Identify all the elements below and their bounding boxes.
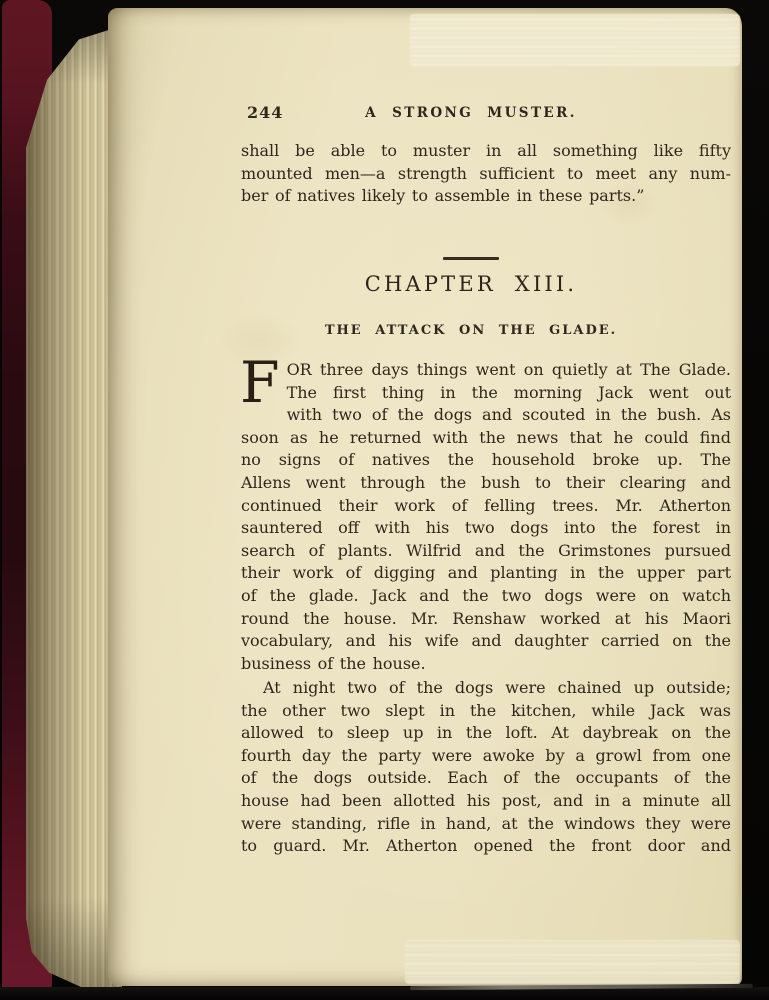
text-line: shall be able to muster in all something… bbox=[241, 140, 731, 163]
text-line: round the house. Mr. Renshaw worked at h… bbox=[241, 608, 731, 631]
text-line: allowed to sleep up in the loft. At dayb… bbox=[241, 722, 731, 745]
text-line: house had been allotted his post, and in… bbox=[241, 790, 731, 813]
table-shadow-bar bbox=[0, 987, 769, 1000]
text-line: business of the house. bbox=[241, 653, 731, 676]
text-line: mounted men—a strength sufficient to mee… bbox=[241, 163, 731, 186]
page-content: 244 A STRONG MUSTER. shall be able to mu… bbox=[241, 8, 731, 986]
book-page: 244 A STRONG MUSTER. shall be able to mu… bbox=[108, 8, 742, 986]
text-line: sauntered off with his two dogs into the… bbox=[241, 517, 731, 540]
text-line: vocabulary, and his wife and daughter ca… bbox=[241, 630, 731, 653]
text-line: search of plants. Wilfrid and the Grimst… bbox=[241, 540, 731, 563]
second-paragraph: At night two of the dogs were chained up… bbox=[241, 677, 731, 858]
text-line: The first thing in the morning Jack went… bbox=[241, 382, 731, 405]
text-line: their work of digging and planting in th… bbox=[241, 562, 731, 585]
running-header: A STRONG MUSTER. bbox=[241, 105, 701, 121]
text-line: fourth day the party were awoke by a gro… bbox=[241, 745, 731, 768]
text-line: of the glade. Jack and the two dogs were… bbox=[241, 585, 731, 608]
text-line: OR three days things went on quietly at … bbox=[241, 359, 731, 382]
text-line: Allens went through the bush to their cl… bbox=[241, 472, 731, 495]
divider-rule bbox=[443, 257, 499, 260]
text-line: At night two of the dogs were chained up… bbox=[241, 677, 731, 700]
text-line: to guard. Mr. Atherton opened the front … bbox=[241, 835, 731, 858]
text-line: soon as he returned with the news that h… bbox=[241, 427, 731, 450]
page-header: 244 A STRONG MUSTER. bbox=[241, 103, 731, 123]
text-line: no signs of natives the household broke … bbox=[241, 449, 731, 472]
book-photograph: 244 A STRONG MUSTER. shall be able to mu… bbox=[0, 0, 769, 1000]
opening-paragraph: F OR three days things went on quietly a… bbox=[241, 359, 731, 675]
chapter-heading: CHAPTER XIII. bbox=[241, 272, 701, 296]
chapter-subtitle: THE ATTACK ON THE GLADE. bbox=[241, 323, 701, 338]
closing-paragraph: shall be able to muster in all something… bbox=[241, 140, 731, 208]
text-line: were standing, rifle in hand, at the win… bbox=[241, 813, 731, 836]
text-line: ber of natives likely to assemble in the… bbox=[241, 185, 731, 208]
text-line: continued their work of felling trees. M… bbox=[241, 495, 731, 518]
drop-cap-initial: F bbox=[240, 361, 280, 405]
text-line: of the dogs outside. Each of the occupan… bbox=[241, 767, 731, 790]
text-line: with two of the dogs and scouted in the … bbox=[241, 404, 731, 427]
text-line: the other two slept in the kitchen, whil… bbox=[241, 700, 731, 723]
